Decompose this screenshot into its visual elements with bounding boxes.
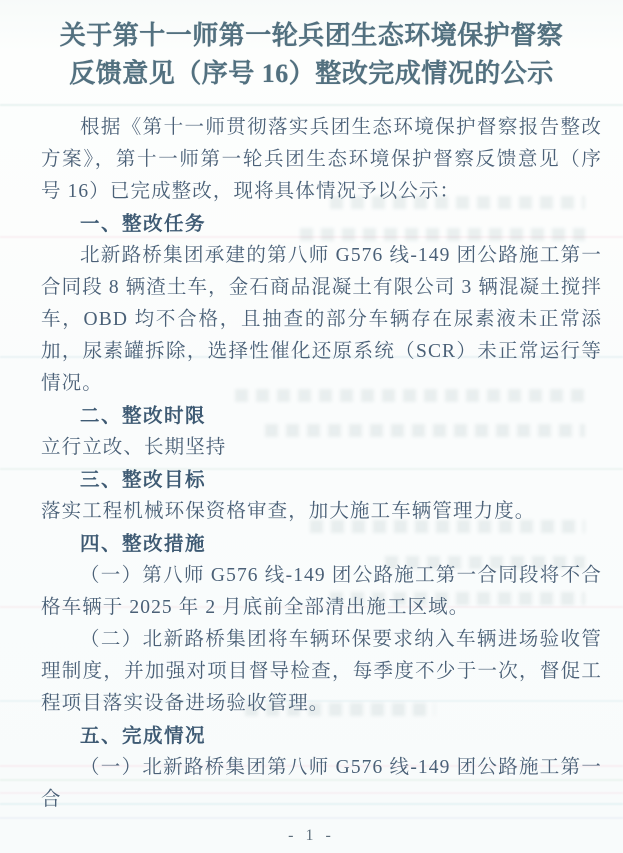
- page-number: - 1 -: [0, 827, 623, 845]
- section-2-paragraph: 立行立改、长期坚持: [41, 432, 602, 464]
- scan-streak: [0, 817, 623, 819]
- section-heading-5: 五、完成情况: [41, 720, 602, 752]
- scanned-document-page: 关于第十一师第一轮兵团生态环境保护督察 反馈意见（序号 16）整改完成情况的公示…: [0, 0, 623, 853]
- section-heading-4: 四、整改措施: [41, 528, 602, 560]
- intro-paragraph: 根据《第十一师贯彻落实兵团生态环境保护督察报告整改方案》，第十一师第一轮兵团生态…: [41, 112, 602, 208]
- section-heading-2: 二、整改时限: [41, 400, 602, 432]
- document-title-line-1: 关于第十一师第一轮兵团生态环境保护督察: [30, 17, 593, 55]
- section-5-paragraph: （一）北新路桥集团第八师 G576 线-149 团公路施工第一合: [41, 752, 602, 816]
- scan-streak: [0, 104, 623, 106]
- document-body: 根据《第十一师贯彻落实兵团生态环境保护督察报告整改方案》，第十一师第一轮兵团生态…: [41, 112, 602, 816]
- section-4-paragraph-1: （一）第八师 G576 线-149 团公路施工第一合同段将不合格车辆于 2025…: [41, 560, 602, 624]
- section-heading-1: 一、整改任务: [41, 208, 602, 240]
- section-heading-3: 三、整改目标: [41, 464, 602, 496]
- section-1-paragraph: 北新路桥集团承建的第八师 G576 线-149 团公路施工第一合同段 8 辆渣土…: [41, 240, 602, 400]
- section-3-paragraph: 落实工程机械环保资格审查，加大施工车辆管理力度。: [41, 496, 602, 528]
- document-title: 关于第十一师第一轮兵团生态环境保护督察 反馈意见（序号 16）整改完成情况的公示: [30, 17, 593, 93]
- section-4-paragraph-2: （二）北新路桥集团将车辆环保要求纳入车辆进场验收管理制度，并加强对项目督导检查，…: [41, 624, 602, 720]
- document-title-line-2: 反馈意见（序号 16）整改完成情况的公示: [30, 55, 593, 93]
